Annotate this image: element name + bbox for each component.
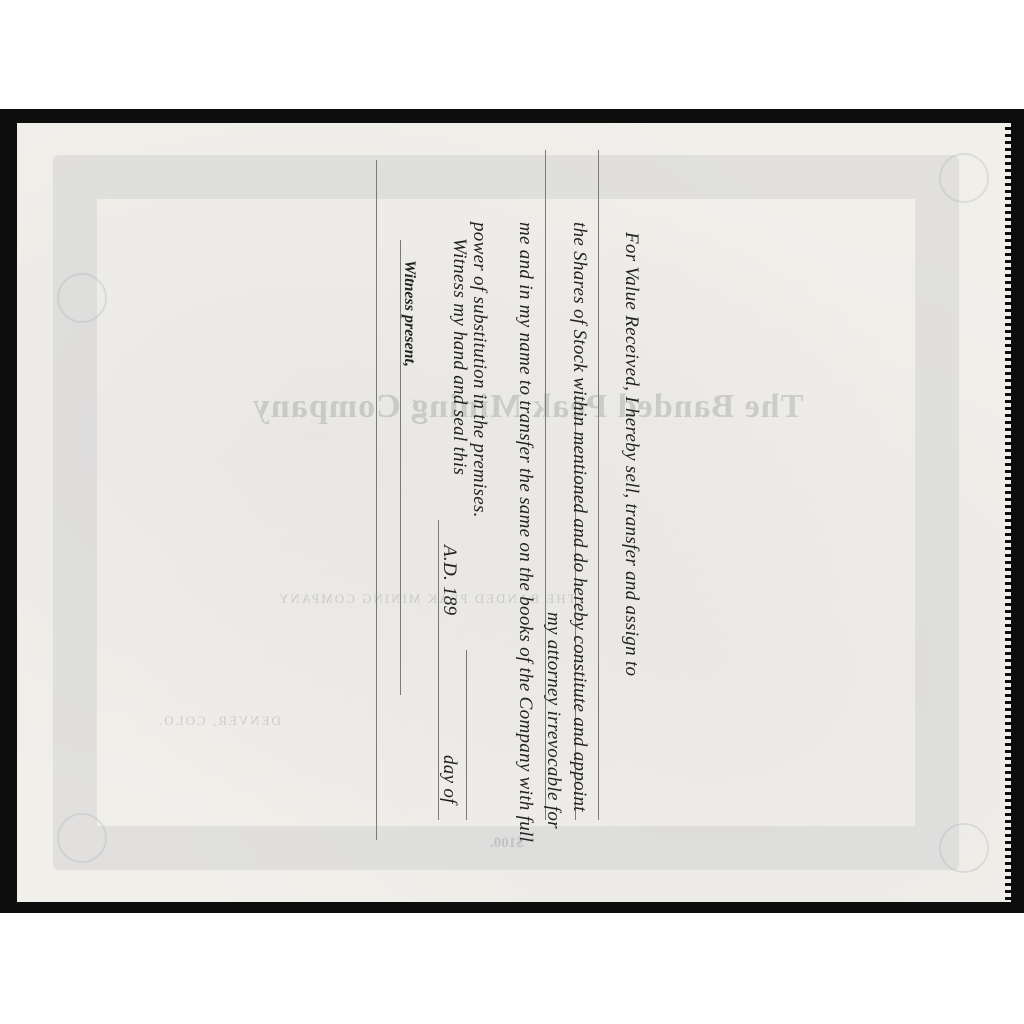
witness-signature-line	[376, 160, 377, 840]
transfer-text-line-1: For Value Received, I hereby sell, trans…	[620, 232, 642, 676]
corner-rosette	[57, 273, 107, 323]
certificate-paper: The Banded Peak Mining Company THE BANDE…	[17, 123, 1007, 902]
date-year-prefix: A.D. 189	[438, 545, 460, 615]
day-line	[466, 650, 467, 820]
day-of-label: day of	[438, 755, 460, 804]
transfer-text-line-3: me and in my name to transfer the same o…	[514, 222, 536, 842]
assignee-line	[598, 150, 599, 820]
bleed-through-location: DENVER, COLO.	[157, 713, 281, 729]
transfer-text-line-4: power of substitution in the premises.	[468, 222, 490, 518]
corner-rosette	[57, 813, 107, 863]
corner-rosette	[939, 823, 989, 873]
witness-present-label: Witness present,	[400, 260, 418, 367]
transfer-text-line-5: Witness my hand and seal this	[448, 238, 470, 475]
transfer-text-line-2b: my attorney irrevocable for	[542, 612, 564, 829]
bleed-through-border	[53, 155, 959, 870]
corner-rosette	[939, 153, 989, 203]
transfer-text-line-2: the Shares of Stock within mentioned and…	[568, 222, 590, 812]
